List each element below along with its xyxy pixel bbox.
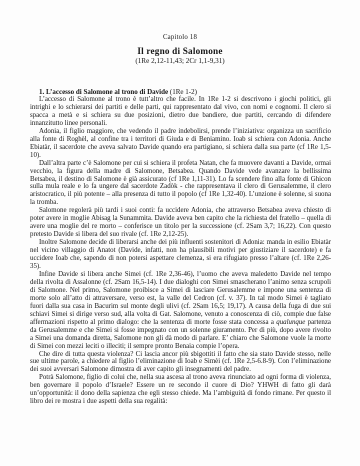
text-segment: Adonia, il figlio maggiore, che vedendo … [30, 128, 331, 159]
chapter-label: Capitolo 18 [0, 34, 360, 42]
text-segment: Inoltre Salomone decide di liberarsi anc… [30, 239, 331, 270]
text-segment: Dall’altra parte c’è Salomone per cui si… [30, 160, 331, 207]
scripture-reference: (1Re 2,12-11,43; 2Cr 1,1-9,31) [0, 57, 360, 66]
section-heading-title: 1. L’accesso di Salomone al trono di Dav… [39, 88, 168, 96]
paragraph: Dall’altra parte c’è Salomone per cui si… [30, 160, 331, 208]
paragraph: Adonia, il figlio maggiore, che vedendo … [30, 128, 331, 160]
section-heading-reference: (1Re 1-2) [168, 88, 197, 96]
text-segment: L’accesso di Salomone al trono è tutt’al… [30, 96, 331, 127]
book-page: Capitolo 18 Il regno di Salomone (1Re 2,… [0, 0, 360, 466]
paragraph: Potrà Salomone, figlio di colui che, nel… [30, 374, 331, 406]
page-title: Il regno di Salomone [0, 46, 360, 56]
text-segment: qualunque [276, 319, 305, 326]
text-segment: Salomone regolerà più tardi i suoi conti… [30, 207, 331, 238]
page-body: 1. L’accesso di Salomone al trono di Dav… [30, 88, 331, 406]
text-segment: Potrà Salomone, figlio di colui che, nel… [30, 374, 331, 405]
page-header: Capitolo 18 Il regno di Salomone (1Re 2,… [0, 0, 360, 66]
section-heading: 1. L’accesso di Salomone al trono di Dav… [30, 88, 331, 96]
text-segment: Che dire di tutta questa violenza? Ci la… [30, 351, 331, 374]
paragraph: Che dire di tutta questa violenza? Ci la… [30, 351, 331, 375]
paragraph: L’accesso di Salomone al trono è tutt’al… [30, 96, 331, 128]
text-segment: Infine Davide si libera anche Simei (cf.… [30, 271, 331, 326]
paragraph: Infine Davide si libera anche Simei (cf.… [30, 271, 331, 351]
body-paragraphs: L’accesso di Salomone al trono è tutt’al… [30, 96, 331, 406]
paragraph: Salomone regolerà più tardi i suoi conti… [30, 207, 331, 239]
paragraph: Inoltre Salomone decide di liberarsi anc… [30, 239, 331, 271]
